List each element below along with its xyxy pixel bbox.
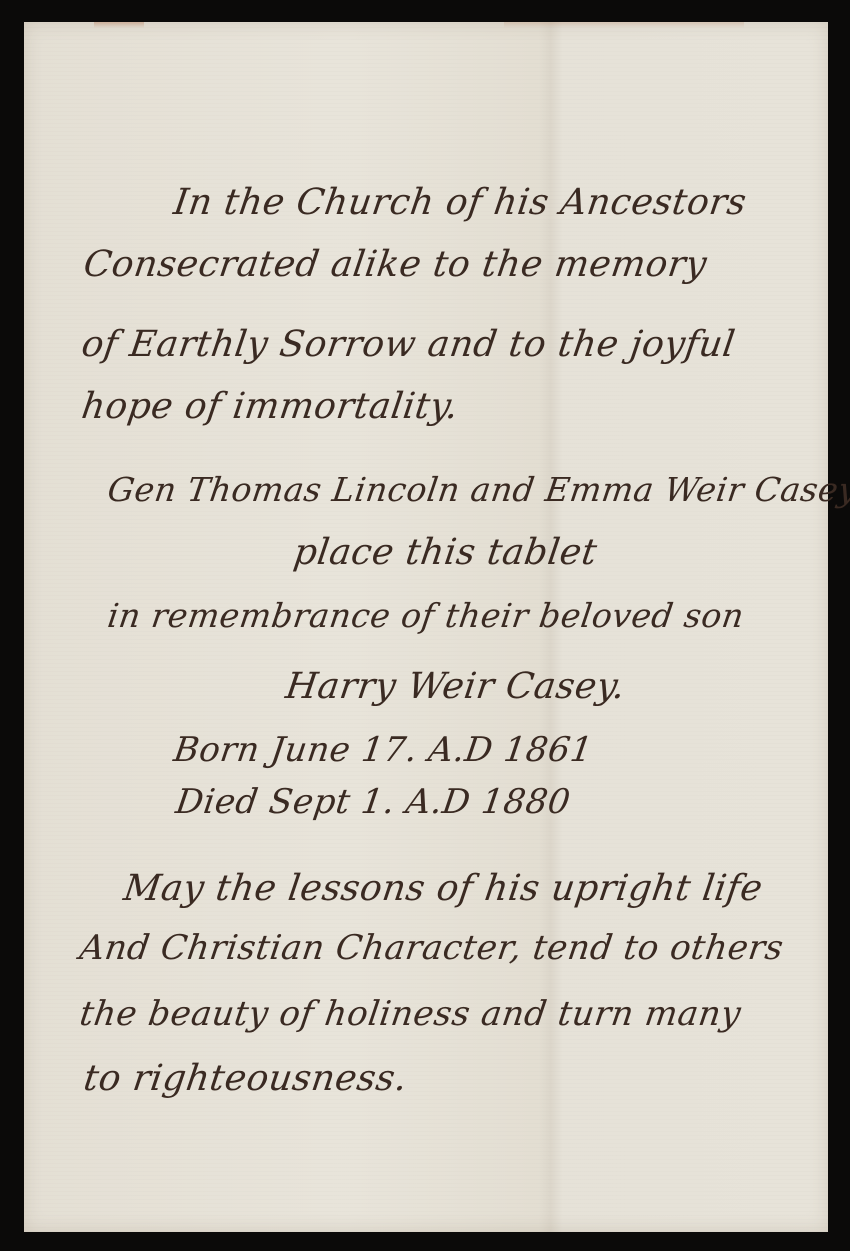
handwritten-line: of Earthly Sorrow and to the joyful	[79, 324, 738, 365]
handwritten-line: Harry Weir Casey.	[283, 666, 628, 707]
manuscript-page: In the Church of his Ancestors Consecrat…	[24, 22, 828, 1232]
paper-stain	[94, 22, 144, 28]
paper-stain	[504, 22, 744, 28]
handwritten-line: hope of immortality.	[79, 386, 461, 427]
handwritten-line: Gen Thomas Lincoln and Emma Weir Casey	[105, 470, 850, 509]
handwritten-line: to righteousness.	[81, 1058, 410, 1099]
handwritten-line: May the lessons of his upright life	[121, 868, 765, 909]
handwritten-line: Died Sept 1. A.D 1880	[173, 782, 573, 822]
handwritten-line: in remembrance of their beloved son	[105, 596, 746, 635]
handwritten-line: In the Church of his Ancestors	[171, 182, 749, 223]
handwritten-line: Born June 17. A.D 1861	[171, 730, 595, 770]
handwritten-line: And Christian Character, tend to others	[77, 928, 786, 968]
handwritten-line: the beauty of holiness and turn many	[77, 994, 743, 1034]
handwritten-line: place this tablet	[291, 532, 600, 573]
handwritten-line: Consecrated alike to the memory	[81, 244, 709, 285]
